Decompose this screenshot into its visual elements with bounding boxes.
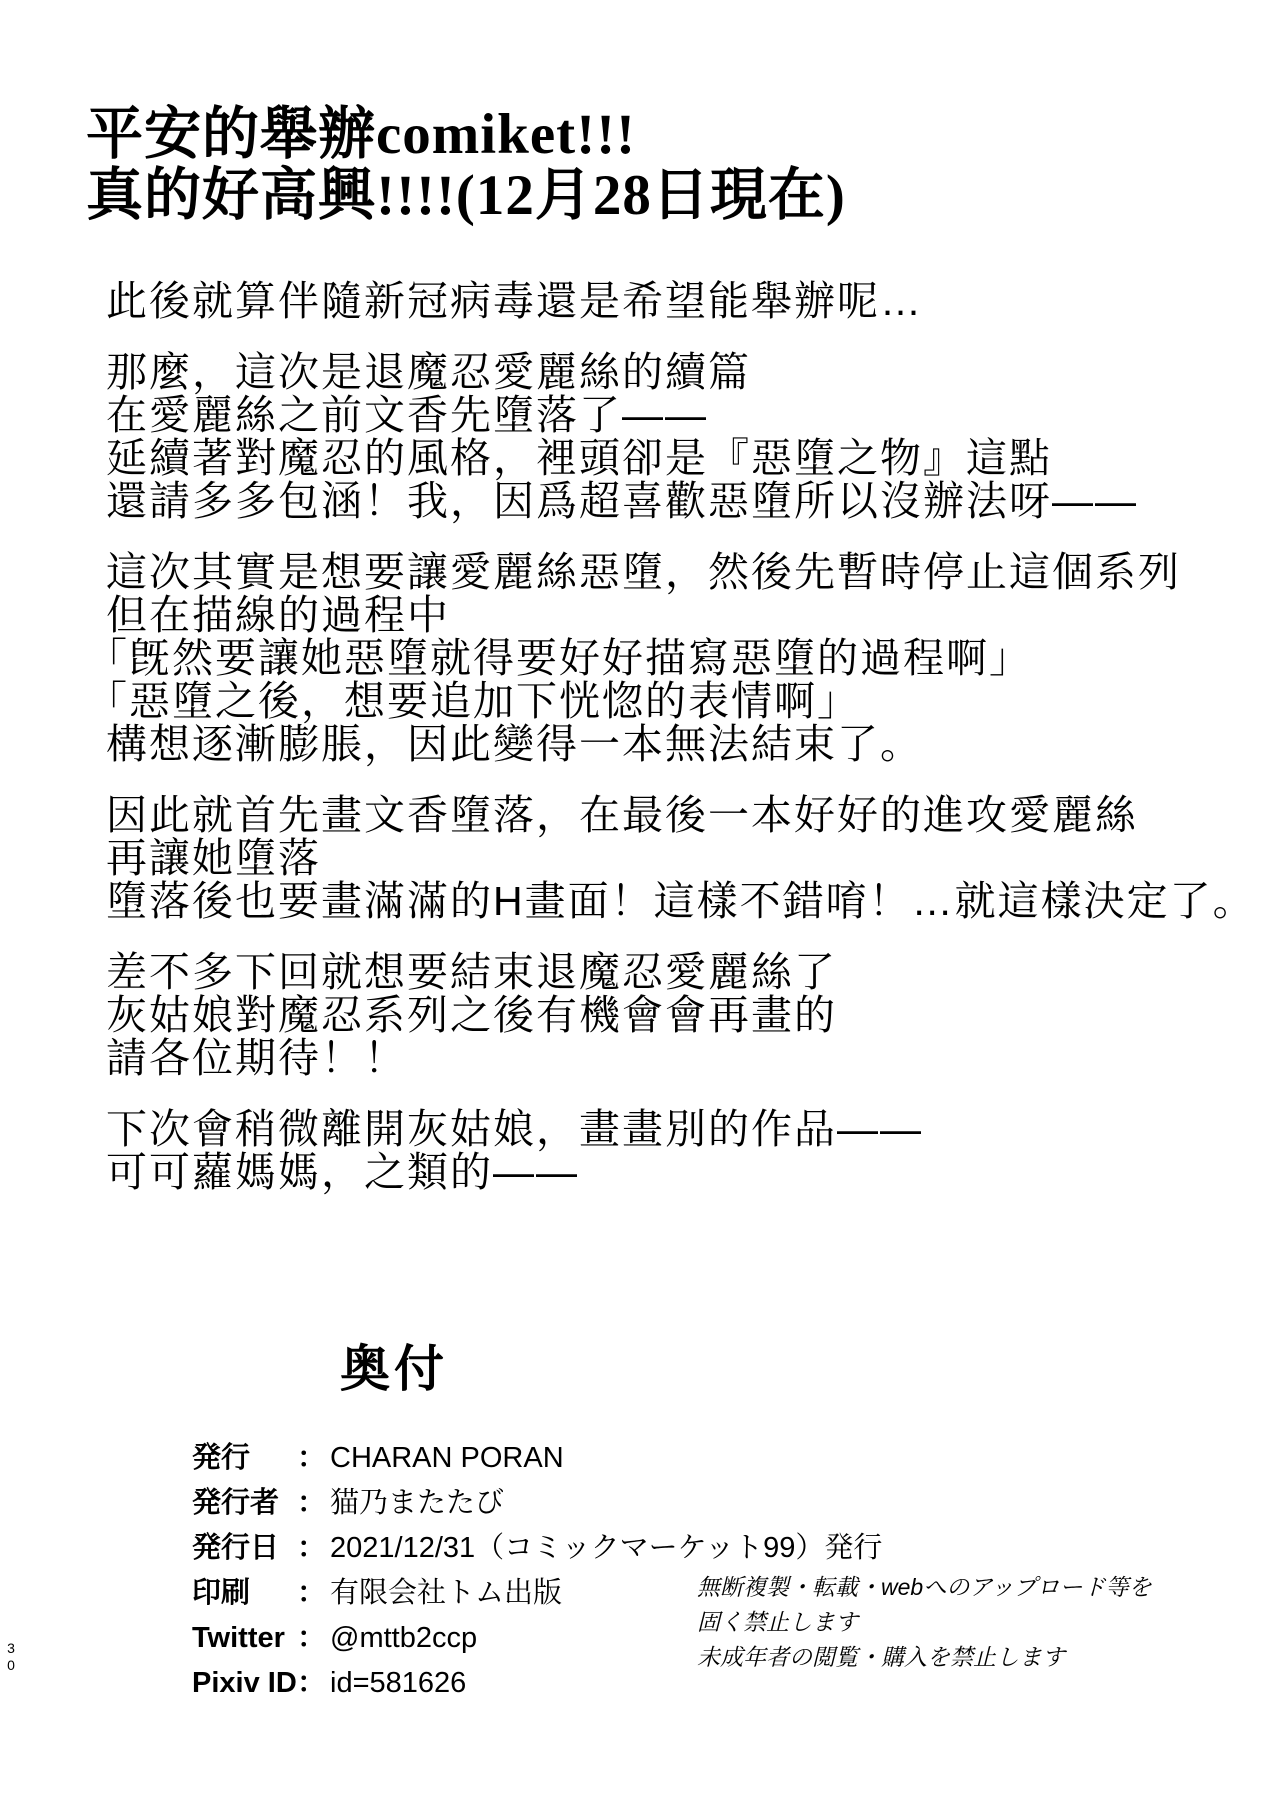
colophon-label: 発行日 (192, 1526, 297, 1571)
colophon-separator: ： (297, 1661, 326, 1706)
disclaimer-line: 固く禁止します (697, 1605, 1152, 1640)
colophon-separator: ： (297, 1481, 326, 1526)
paragraph: 那麼，這次是退魔忍愛麗絲的續篇 在愛麗絲之前文香先墮落了—— 延續著對魔忍的風格… (106, 351, 1256, 523)
colophon-value: CHARAN PORAN (330, 1436, 564, 1481)
paragraph: 差不多下回就想要結束退魔忍愛麗絲了 灰姑娘對魔忍系列之後有機會會再畫的 請各位期… (106, 951, 1256, 1080)
body-line: 延續著對魔忍的風格，裡頭卻是『惡墮之物』這點 (106, 437, 1256, 480)
copyright-disclaimer: 無断複製・転載・webへのアップロード等を 固く禁止します 未成年者の閲覧・購入… (697, 1570, 1152, 1675)
body-line: 在愛麗絲之前文香先墮落了—— (106, 394, 1256, 437)
disclaimer-line: 無断複製・転載・webへのアップロード等を (697, 1570, 1152, 1605)
colophon-separator: ： (297, 1526, 326, 1571)
body-line: 那麼，這次是退魔忍愛麗絲的續篇 (106, 351, 1256, 394)
colophon-value: 2021/12/31（コミックマーケット99）発行 (330, 1526, 882, 1571)
body-line: 再讓她墮落 (106, 837, 1256, 880)
body-line: 但在描線的過程中 (106, 594, 1256, 637)
body-line: 可可蘿媽媽，之類的—— (106, 1151, 1256, 1194)
colophon-entry: 発行：CHARAN PORAN (192, 1436, 882, 1481)
title-line: 平安的舉辦comiket!!! (86, 104, 846, 165)
colophon-label: 印刷 (192, 1571, 297, 1616)
colophon-separator: ： (297, 1616, 326, 1661)
body-line: 灰姑娘對魔忍系列之後有機會會再畫的 (106, 994, 1256, 1037)
body-line: 墮落後也要畫滿滿的H畫面！這樣不錯唷！…就這樣決定了。 (106, 880, 1256, 923)
body-line: 請各位期待！！ (106, 1037, 1256, 1080)
colophon-separator: ： (297, 1571, 326, 1616)
colophon-value: @mttb2ccp (330, 1616, 477, 1661)
colophon-heading: 奥付 (340, 1342, 448, 1396)
colophon-entry: 発行日：2021/12/31（コミックマーケット99）発行 (192, 1526, 882, 1571)
afterword-page: 30 平安的舉辦comiket!!! 真的好高興!!!!(12月28日現在) 此… (0, 0, 1280, 1807)
title-line: 真的好高興!!!!(12月28日現在) (86, 165, 846, 226)
colophon-label: 発行 (192, 1436, 297, 1481)
body-line: 此後就算伴隨新冠病毒還是希望能舉辦呢… (106, 280, 1256, 323)
colophon-value: id=581626 (330, 1661, 466, 1706)
paragraph: 此後就算伴隨新冠病毒還是希望能舉辦呢… (106, 280, 1256, 323)
paragraph: 這次其實是想要讓愛麗絲惡墮，然後先暫時停止這個系列 但在描線的過程中 「旣然要讓… (106, 551, 1256, 766)
colophon-separator: ： (297, 1436, 326, 1481)
colophon-value: 猫乃またたび (330, 1481, 504, 1526)
disclaimer-line: 未成年者の閲覧・購入を禁止します (697, 1640, 1152, 1675)
colophon-value: 有限会社トム出版 (330, 1571, 562, 1616)
body-line: 「旣然要讓她惡墮就得要好好描寫惡墮的過程啊」 (106, 637, 1256, 680)
body-line: 差不多下回就想要結束退魔忍愛麗絲了 (106, 951, 1256, 994)
body-line: 因此就首先畫文香墮落，在最後一本好好的進攻愛麗絲 (106, 794, 1256, 837)
body-line: 這次其實是想要讓愛麗絲惡墮，然後先暫時停止這個系列 (106, 551, 1256, 594)
page-number: 30 (3, 1640, 18, 1674)
body-line: 下次會稍微離開灰姑娘，畫畫別的作品—— (106, 1108, 1256, 1151)
afterword-body: 此後就算伴隨新冠病毒還是希望能舉辦呢… 那麼，這次是退魔忍愛麗絲的續篇 在愛麗絲… (106, 280, 1256, 1222)
body-line: 還請多多包涵！我，因爲超喜歡惡墮所以沒辦法呀—— (106, 480, 1256, 523)
colophon-entry: 発行者：猫乃またたび (192, 1481, 882, 1526)
colophon-label: Twitter (192, 1616, 297, 1661)
body-line: 構想逐漸膨脹，因此變得一本無法結束了。 (106, 723, 1256, 766)
colophon-label: Pixiv ID (192, 1661, 297, 1706)
paragraph: 下次會稍微離開灰姑娘，畫畫別的作品—— 可可蘿媽媽，之類的—— (106, 1108, 1256, 1194)
page-title: 平安的舉辦comiket!!! 真的好高興!!!!(12月28日現在) (86, 104, 846, 226)
paragraph: 因此就首先畫文香墮落，在最後一本好好的進攻愛麗絲 再讓她墮落 墮落後也要畫滿滿的… (106, 794, 1256, 923)
colophon-label: 発行者 (192, 1481, 297, 1526)
body-line: 「惡墮之後，想要追加下恍惚的表情啊」 (106, 680, 1256, 723)
